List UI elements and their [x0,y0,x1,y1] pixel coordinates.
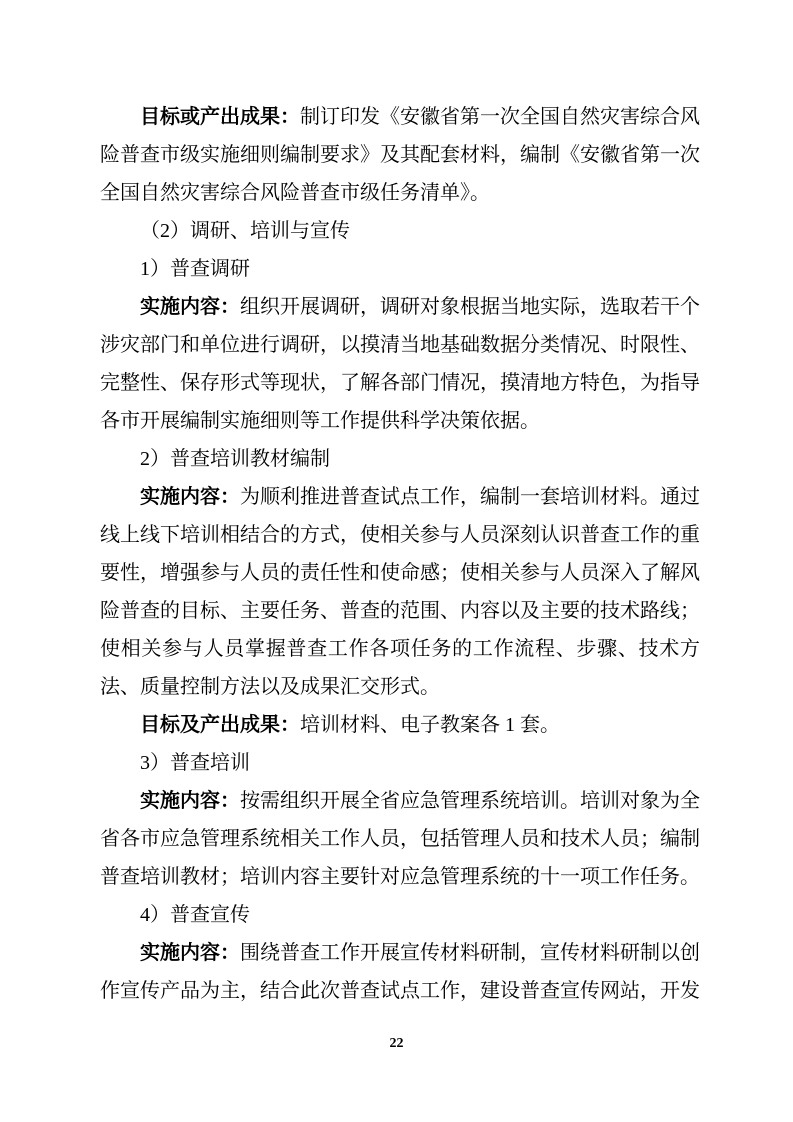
paragraph-text: 为顺利推进普查试点工作，编制一套培训材料。通过线上线下培训相结合的方式，使相关参… [100,486,700,698]
section-heading: （2）调研、培训与宣传 [100,212,700,250]
paragraph: 目标及产出成果：培训材料、电子教案各 1 套。 [100,706,700,744]
paragraph-label: 实施内容： [140,296,240,318]
paragraph-label: 目标及产出成果： [140,714,300,736]
paragraph-text: 培训材料、电子教案各 1 套。 [300,714,560,736]
section-heading: 3）普查培训 [100,744,700,782]
paragraph-text: （2）调研、培训与宣传 [140,220,350,242]
paragraph: 实施内容：按需组织开展全省应急管理系统培训。培训对象为全省各市应急管理系统相关工… [100,782,700,896]
paragraph: 实施内容：组织开展调研，调研对象根据当地实际，选取若干个涉灾部门和单位进行调研，… [100,288,700,440]
paragraph: 实施内容：围绕普查工作开展宣传材料研制，宣传材料研制以创作宣传产品为主，结合此次… [100,934,700,1010]
paragraph-label: 实施内容： [140,790,240,812]
document-body: 目标或产出成果：制订印发《安徽省第一次全国自然灾害综合风险普查市级实施细则编制要… [100,98,700,1010]
paragraph-text: 3）普查培训 [140,752,250,774]
paragraph: 实施内容：为顺利推进普查试点工作，编制一套培训材料。通过线上线下培训相结合的方式… [100,478,700,706]
paragraph-label: 目标或产出成果： [140,106,300,128]
section-heading: 4）普查宣传 [100,896,700,934]
page-footer: 22 [0,1034,793,1052]
section-heading: 2）普查培训教材编制 [100,440,700,478]
paragraph: 目标或产出成果：制订印发《安徽省第一次全国自然灾害综合风险普查市级实施细则编制要… [100,98,700,212]
paragraph-text: 1）普查调研 [140,258,250,280]
page-number: 22 [390,1036,404,1051]
document-page: 目标或产出成果：制订印发《安徽省第一次全国自然灾害综合风险普查市级实施细则编制要… [0,0,793,1122]
paragraph-text: 2）普查培训教材编制 [140,448,330,470]
paragraph-label: 实施内容： [140,486,240,508]
section-heading: 1）普查调研 [100,250,700,288]
paragraph-label: 实施内容： [140,942,240,964]
paragraph-text: 4）普查宣传 [140,904,250,926]
